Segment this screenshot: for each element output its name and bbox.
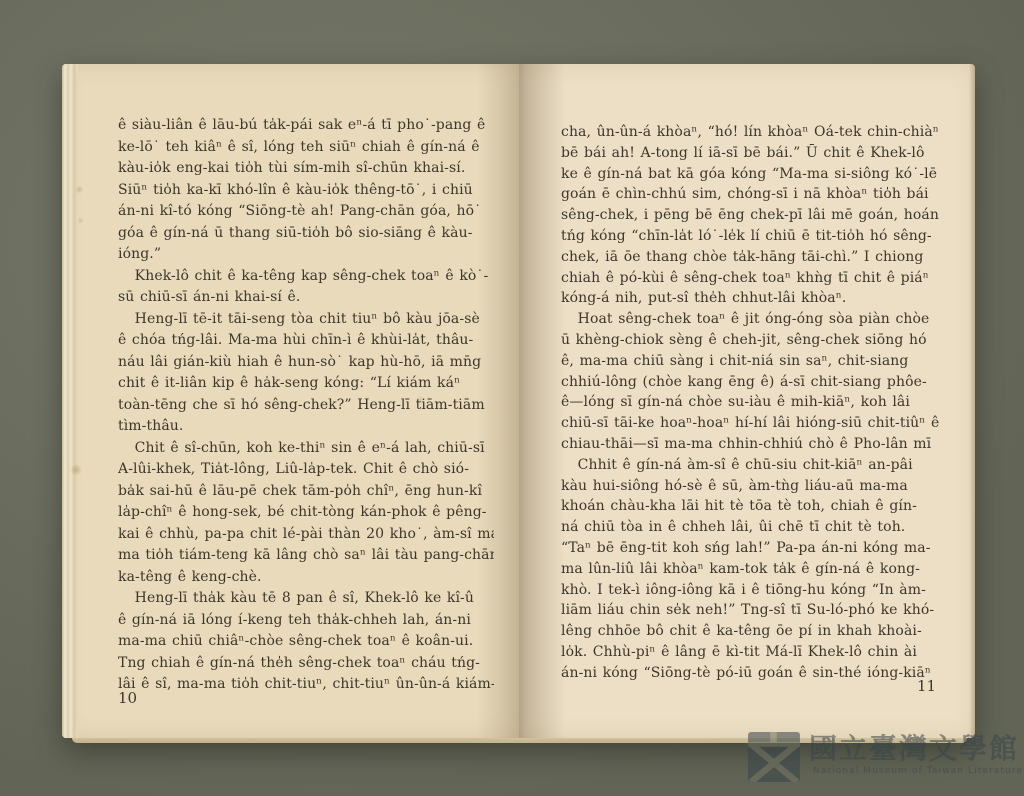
right-page-text: cha, ûn-ûn-á khòaⁿ, “hó! lín khòaⁿ Oá-te… <box>561 122 941 682</box>
right-page: cha, ûn-ûn-á khòaⁿ, “hó! lín khòaⁿ Oá-te… <box>519 64 975 738</box>
left-page-number: 10 <box>118 689 137 707</box>
watermark: 國立臺灣文學館 National Museum of Taiwan Litera… <box>748 732 1023 782</box>
paper-stain <box>68 462 84 478</box>
watermark-subtitle: National Museum of Taiwan Literature <box>813 766 1023 777</box>
right-page-number: 11 <box>917 677 936 695</box>
museum-logo-icon <box>748 732 800 782</box>
photo-background: ê siàu-liân ê lāu-bú ta̍k-pái sak eⁿ-á t… <box>0 0 1024 796</box>
watermark-text: 國立臺灣文學館 National Museum of Taiwan Litera… <box>809 732 1023 777</box>
paper-stain <box>414 394 426 406</box>
paper-stain <box>74 184 85 195</box>
left-page-text: ê siàu-liân ê lāu-bú ta̍k-pái sak eⁿ-á t… <box>118 115 494 697</box>
paper-stain <box>76 216 85 225</box>
left-page: ê siàu-liân ê lāu-bú ta̍k-pái sak eⁿ-á t… <box>62 64 519 738</box>
open-book: ê siàu-liân ê lāu-bú ta̍k-pái sak eⁿ-á t… <box>62 64 975 738</box>
watermark-title: 國立臺灣文學館 <box>809 732 1023 766</box>
